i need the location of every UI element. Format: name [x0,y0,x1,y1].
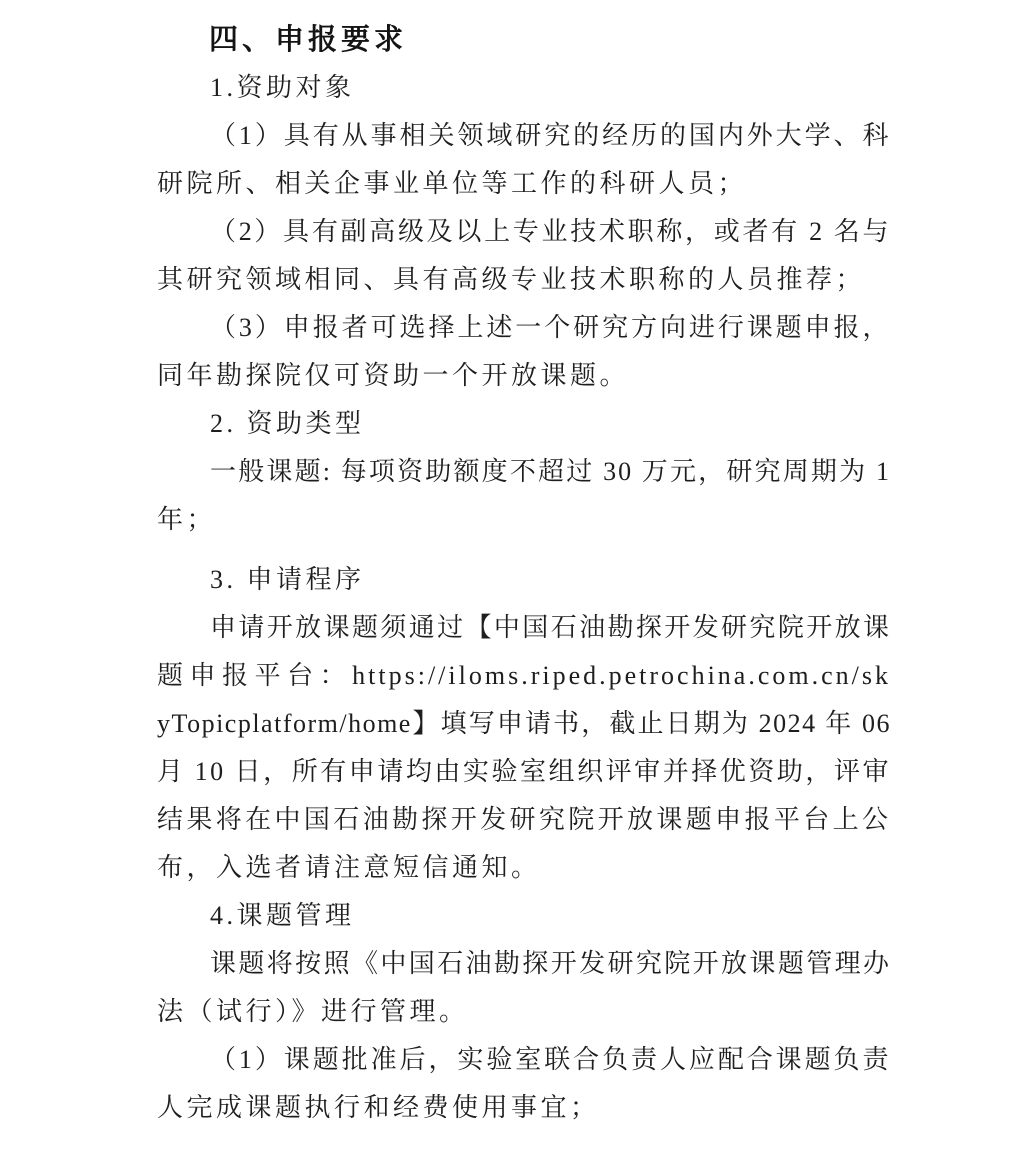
text-line: 月 10 日，所有申请均由实验室组织评审并择优资助，评审 [157,748,891,796]
text-line: 结果将在中国石油勘探开发研究院开放课题申报平台上公 [157,796,891,844]
paragraph-target-2: （2）具有副高级及以上专业技术职称，或者有 2 名与其研究领域相同、具有高级专业… [157,208,891,304]
text-line: 一般课题: 每项资助额度不超过 30 万元，研究周期为 1 [157,448,891,496]
text-line: 法（试行）》进行管理。 [157,988,891,1036]
text-line: 3. 申请程序 [157,556,891,604]
text-line: 申请开放课题须通过【中国石油勘探开发研究院开放课 [157,604,891,652]
text-line: 同年勘探院仅可资助一个开放课题。 [157,352,891,400]
paragraph-funding-type: 一般课题: 每项资助额度不超过 30 万元，研究周期为 1年； [157,448,891,544]
text-line: 题申报平台：https://iloms.riped.petrochina.com… [157,652,891,700]
document-body: 四、申报要求1.资助对象（1）具有从事相关领域研究的经历的国内外大学、科研院所、… [157,16,891,1132]
subheading-funding-target: 1.资助对象 [157,64,891,112]
document-page: 四、申报要求1.资助对象（1）具有从事相关领域研究的经历的国内外大学、科研院所、… [0,0,1024,1163]
text-line: 年； [157,496,891,544]
text-line: （1）课题批准后，实验室联合负责人应配合课题负责 [157,1036,891,1084]
text-line: 研院所、相关企事业单位等工作的科研人员； [157,160,891,208]
text-line: 2. 资助类型 [157,400,891,448]
text-line: 人完成课题执行和经费使用事宜； [157,1084,891,1132]
text-line: 课题将按照《中国石油勘探开发研究院开放课题管理办 [157,940,891,988]
text-line: 4.课题管理 [157,892,891,940]
section-heading: 四、申报要求 [157,16,891,64]
text-line: （2）具有副高级及以上专业技术职称，或者有 2 名与 [157,208,891,256]
subheading-funding-type: 2. 资助类型 [157,400,891,448]
text-line: 其研究领域相同、具有高级专业技术职称的人员推荐； [157,256,891,304]
text-line: 布，入选者请注意短信通知。 [157,844,891,892]
text-line: （3）申报者可选择上述一个研究方向进行课题申报， [157,304,891,352]
paragraph-target-3: （3）申报者可选择上述一个研究方向进行课题申报，同年勘探院仅可资助一个开放课题。 [157,304,891,400]
text-line: 四、申报要求 [157,16,891,64]
paragraph-management-rule: 课题将按照《中国石油勘探开发研究院开放课题管理办法（试行）》进行管理。 [157,940,891,1036]
text-line: yTopicplatform/home】填写申请书，截止日期为 2024 年 0… [157,700,891,748]
paragraph-target-1: （1）具有从事相关领域研究的经历的国内外大学、科研院所、相关企事业单位等工作的科… [157,112,891,208]
subheading-application-procedure: 3. 申请程序 [157,556,891,604]
paragraph-management-1: （1）课题批准后，实验室联合负责人应配合课题负责人完成课题执行和经费使用事宜； [157,1036,891,1132]
subheading-project-management: 4.课题管理 [157,892,891,940]
text-line: 1.资助对象 [157,64,891,112]
paragraph-application-procedure: 申请开放课题须通过【中国石油勘探开发研究院开放课题申报平台：https://il… [157,604,891,892]
text-line: （1）具有从事相关领域研究的经历的国内外大学、科 [157,112,891,160]
